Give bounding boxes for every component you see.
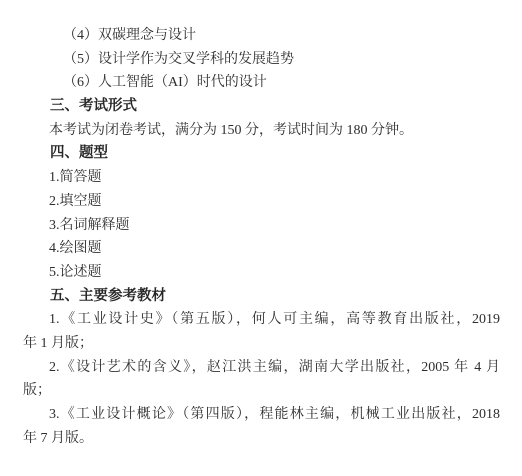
question-type-item-5: 5.论述题 [23, 261, 500, 285]
reference-1-line-1: 1.《工业设计史》（第五版），何人可主编，高等教育出版社，2019 [23, 308, 500, 332]
section-heading-references: 五、主要参考教材 [23, 285, 500, 309]
section-heading-exam-format: 三、考试形式 [23, 95, 500, 119]
outline-item-6: （6）人工智能（AI）时代的设计 [23, 71, 500, 95]
question-type-item-4: 4.绘图题 [23, 237, 500, 261]
question-type-item-1: 1.简答题 [23, 166, 500, 190]
reference-1-line-2: 年 1 月版； [23, 332, 500, 356]
reference-3-line-2: 年 7 月版。 [23, 427, 500, 451]
outline-item-5: （5）设计学作为交叉学科的发展趋势 [23, 48, 500, 72]
reference-3-line-1: 3.《工业设计概论》（第四版），程能林主编，机械工业出版社，2018 [23, 403, 500, 427]
reference-2-line-2: 版； [23, 379, 500, 403]
section-heading-question-types: 四、题型 [23, 142, 500, 166]
document-page: （4）双碳理念与设计 （5）设计学作为交叉学科的发展趋势 （6）人工智能（AI）… [0, 0, 522, 476]
outline-item-4: （4）双碳理念与设计 [23, 24, 500, 48]
reference-2-line-1: 2.《设计艺术的含义》，赵江洪主编，湖南大学出版社，2005 年 4 月 [23, 356, 500, 380]
question-type-item-3: 3.名词解释题 [23, 214, 500, 238]
question-type-item-2: 2.填空题 [23, 190, 500, 214]
exam-format-description: 本考试为闭卷考试，满分为 150 分，考试时间为 180 分钟。 [23, 119, 500, 143]
